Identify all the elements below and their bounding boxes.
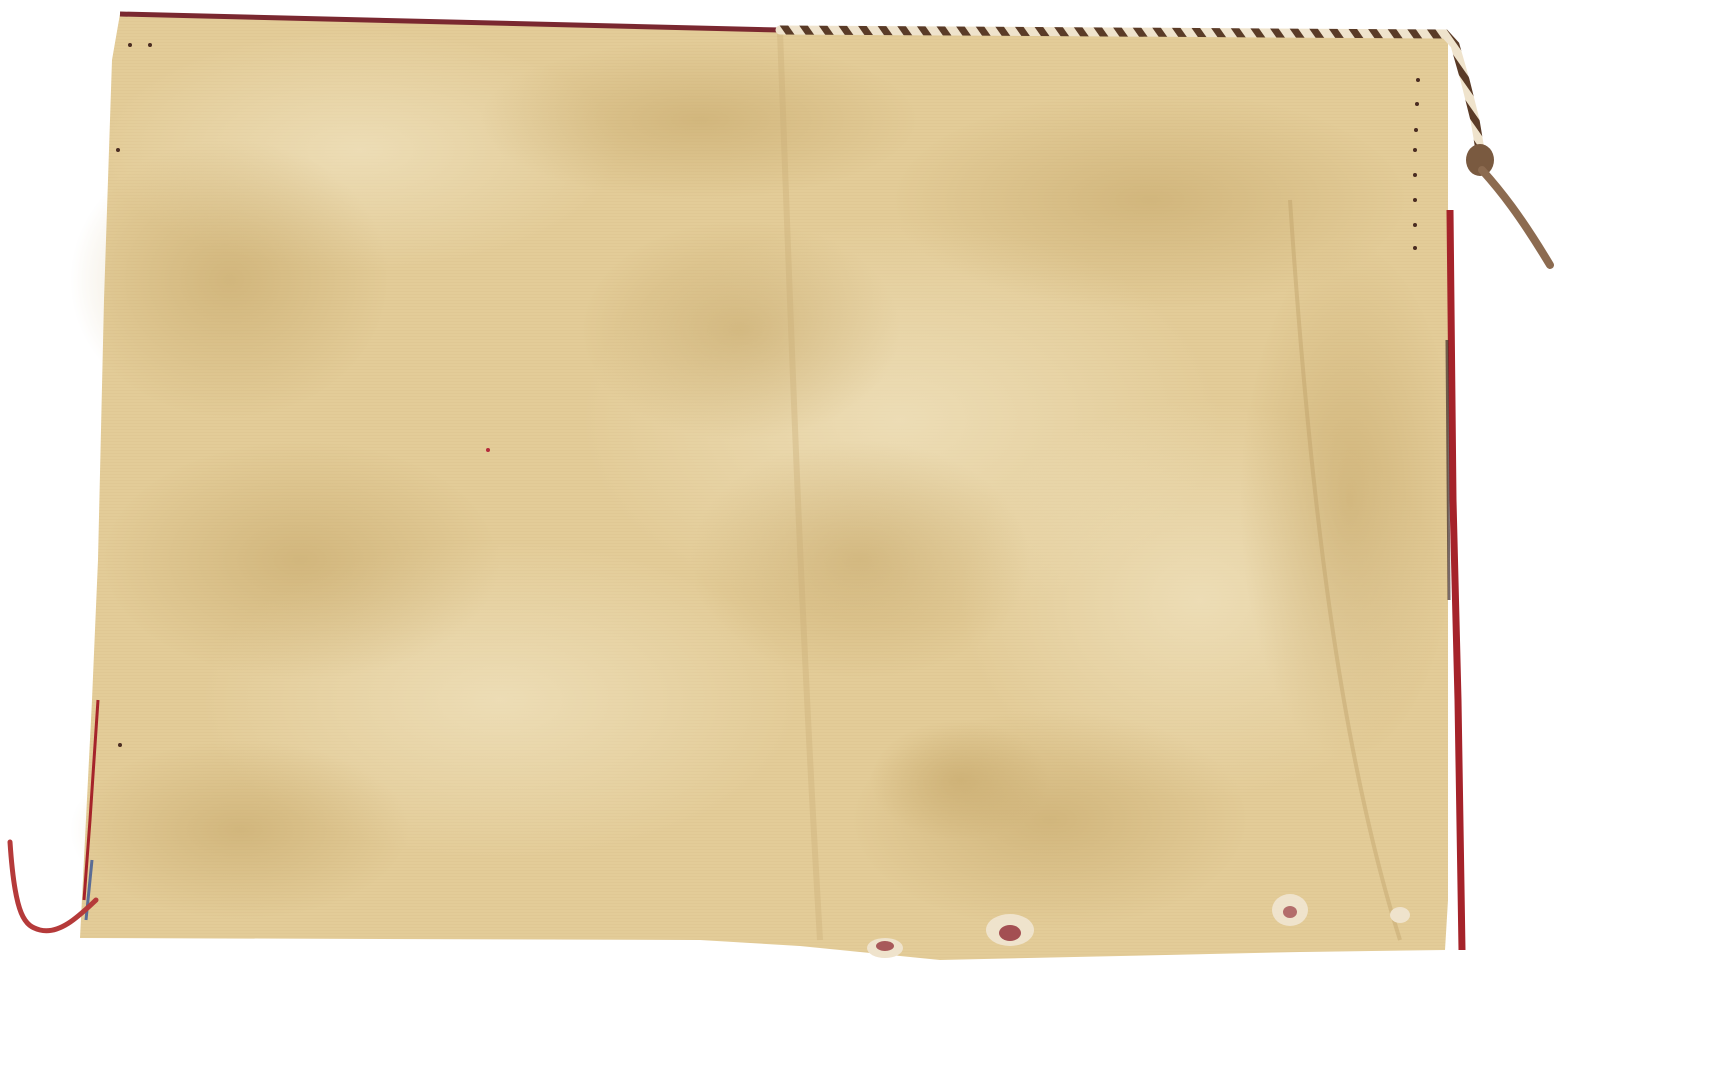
cloth-body (70, 14, 1460, 960)
photo-scene (0, 0, 1720, 1080)
textile-photo (0, 0, 1720, 1080)
right-edge (1447, 210, 1462, 950)
